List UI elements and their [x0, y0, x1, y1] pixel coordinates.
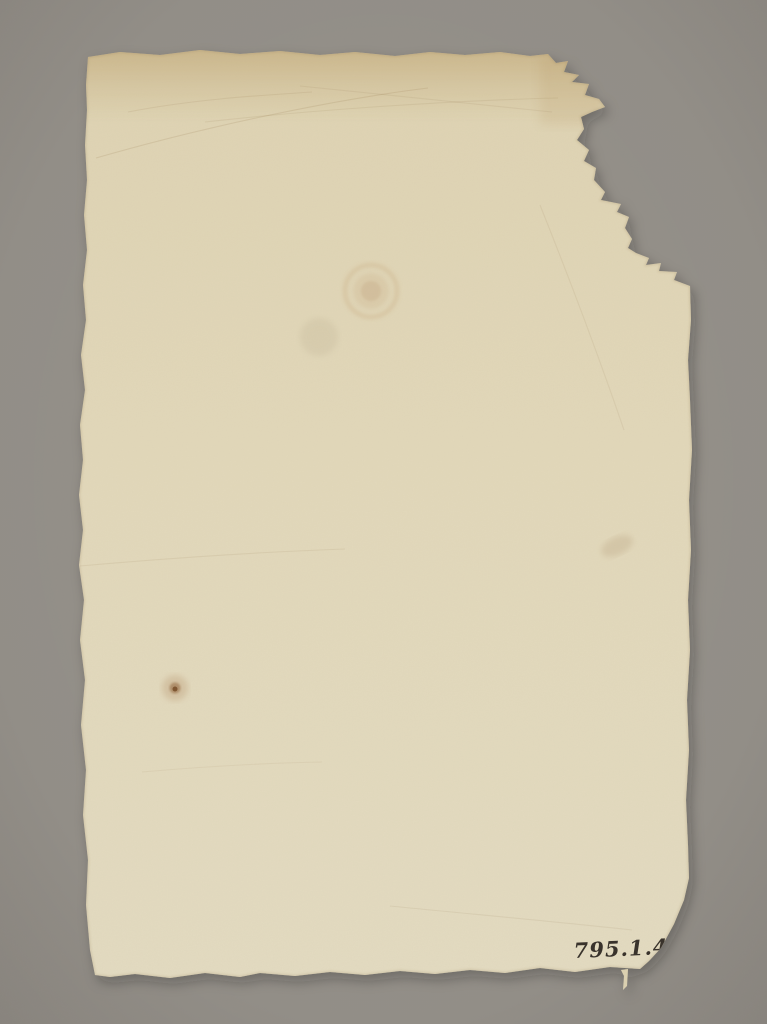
paper-photo-svg: 795.1.447 — [0, 0, 767, 1024]
photo-grain — [0, 0, 767, 1024]
photograph: 795.1.447 — [0, 0, 767, 1024]
